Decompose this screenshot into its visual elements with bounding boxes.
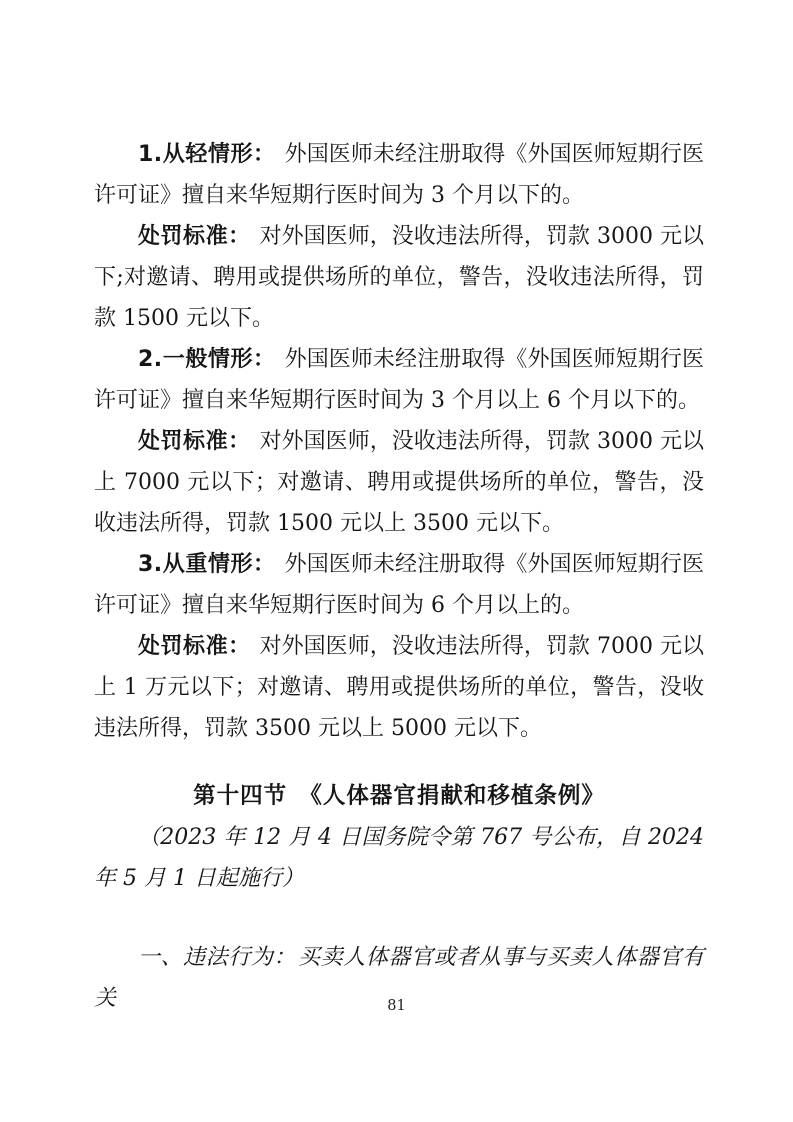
clause-label: 3.从重情形： <box>138 552 276 577</box>
clause-paragraph: 1.从轻情形：外国医师未经注册取得《外国医师短期行医许可证》擅自来华短期行医时间… <box>94 134 704 216</box>
document-body: 1.从轻情形：外国医师未经注册取得《外国医师短期行医许可证》擅自来华短期行医时间… <box>94 134 704 1019</box>
clause-paragraph: 2.一般情形：外国医师未经注册取得《外国医师短期行医许可证》擅自来华短期行医时间… <box>94 339 704 421</box>
promulgation-note: （2023 年 12 月 4 日国务院令第 767 号公布，自 2024 年 5… <box>94 817 704 899</box>
clause-label: 2.一般情形： <box>138 347 276 372</box>
penalty-label: 处罚标准： <box>138 634 251 659</box>
violation-item-label: 一、违法行为： <box>138 945 296 970</box>
document-page: 1.从轻情形：外国医师未经注册取得《外国医师短期行医许可证》擅自来华短期行医时间… <box>0 0 793 1122</box>
penalty-paragraph: 处罚标准：对外国医师，没收违法所得，罚款 7000 元以上 1 万元以下；对邀请… <box>94 626 704 749</box>
penalty-paragraph: 处罚标准：对外国医师，没收违法所得，罚款 3000 元以上 7000 元以下；对… <box>94 421 704 544</box>
clause-label: 1.从轻情形： <box>138 142 276 167</box>
clause-paragraph: 3.从重情形：外国医师未经注册取得《外国医师短期行医许可证》擅自来华短期行医时间… <box>94 544 704 626</box>
penalty-label: 处罚标准： <box>138 224 251 249</box>
page-number: 81 <box>0 996 793 1016</box>
penalty-label: 处罚标准： <box>138 429 251 454</box>
penalty-paragraph: 处罚标准：对外国医师，没收违法所得，罚款 3000 元以下;对邀请、聘用或提供场… <box>94 216 704 339</box>
section-heading: 第十四节 《人体器官捐献和移植条例》 <box>94 776 704 817</box>
